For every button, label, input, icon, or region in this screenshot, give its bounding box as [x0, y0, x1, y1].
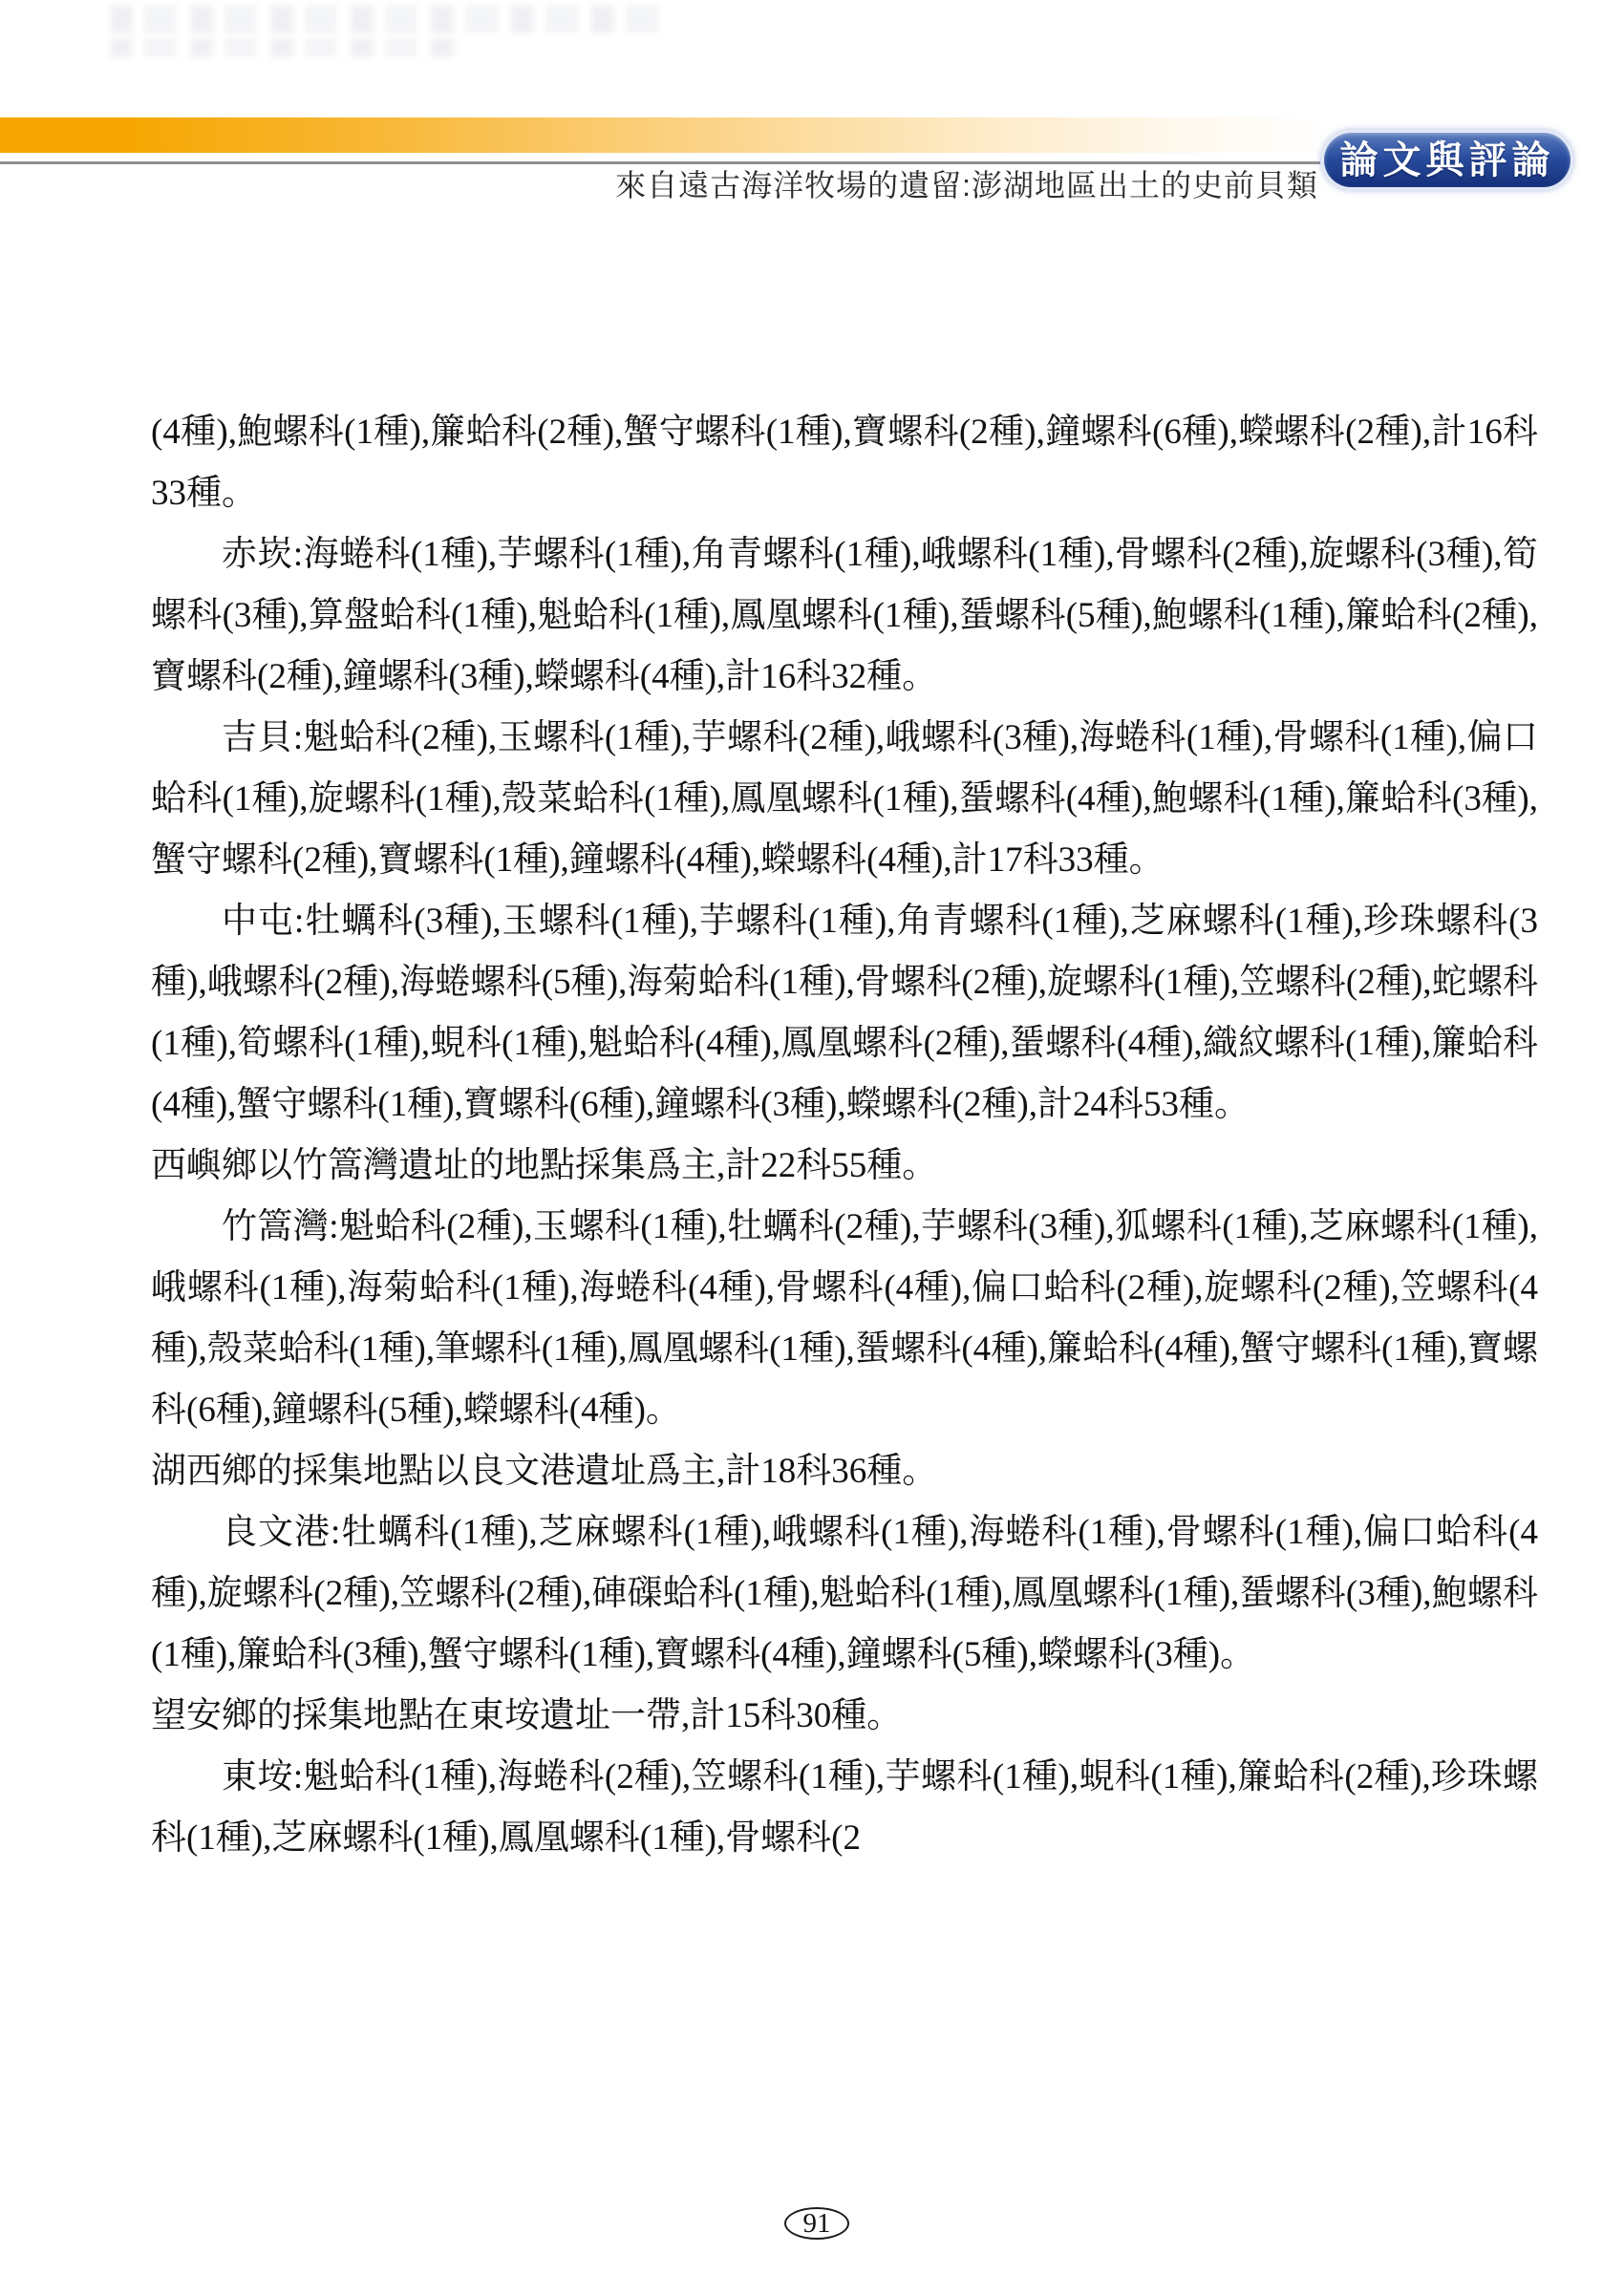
page-number: 91 — [803, 2210, 831, 2238]
body-paragraph: 中屯:牡蠣科(3種),玉螺科(1種),芋螺科(1種),角青螺科(1種),芝麻螺科… — [151, 891, 1538, 1136]
page-number-oval: 91 — [784, 2207, 849, 2240]
body-paragraph: (4種),鮑螺科(1種),簾蛤科(2種),蟹守螺科(1種),寶螺科(2種),鐘螺… — [151, 402, 1538, 524]
body-paragraph: 東垵:魁蛤科(1種),海蜷科(2種),笠螺科(1種),芋螺科(1種),蜆科(1種… — [151, 1747, 1538, 1869]
body-paragraph: 吉貝:魁蛤科(2種),玉螺科(1種),芋螺科(2種),峨螺科(3種),海蜷科(1… — [151, 708, 1538, 891]
body-paragraph: 望安鄉的採集地點在東垵遺址一帶,計15科30種。 — [151, 1686, 1538, 1747]
section-badge: 論文與評論 — [1324, 133, 1571, 187]
header-accent-bar — [0, 117, 1328, 153]
body-paragraph: 湖西鄉的採集地點以良文港遺址爲主,計18科36種。 — [151, 1441, 1538, 1502]
section-badge-label: 論文與評論 — [1340, 141, 1555, 180]
body-paragraph: 竹篙灣:魁蛤科(2種),玉螺科(1種),牡蠣科(2種),芋螺科(3種),狐螺科(… — [151, 1197, 1538, 1441]
header-rule — [0, 161, 1320, 164]
body-paragraph: 赤崁:海蜷科(1種),芋螺科(1種),角青螺科(1種),峨螺科(1種),骨螺科(… — [151, 524, 1538, 708]
running-title: 來自遠古海洋牧場的遺留:澎湖地區出土的史前貝類 — [611, 168, 1318, 202]
page-show-through-artifact — [110, 5, 669, 33]
page-show-through-artifact — [110, 38, 454, 57]
body-text: (4種),鮑螺科(1種),簾蛤科(2種),蟹守螺科(1種),寶螺科(2種),鐘螺… — [151, 402, 1538, 1869]
document-page: 來自遠古海洋牧場的遺留:澎湖地區出土的史前貝類 論文與評論 (4種),鮑螺科(1… — [0, 0, 1624, 2296]
body-paragraph: 良文港:牡蠣科(1種),芝麻螺科(1種),峨螺科(1種),海蜷科(1種),骨螺科… — [151, 1502, 1538, 1686]
body-paragraph: 西嶼鄉以竹篙灣遺址的地點採集爲主,計22科55種。 — [151, 1136, 1538, 1197]
